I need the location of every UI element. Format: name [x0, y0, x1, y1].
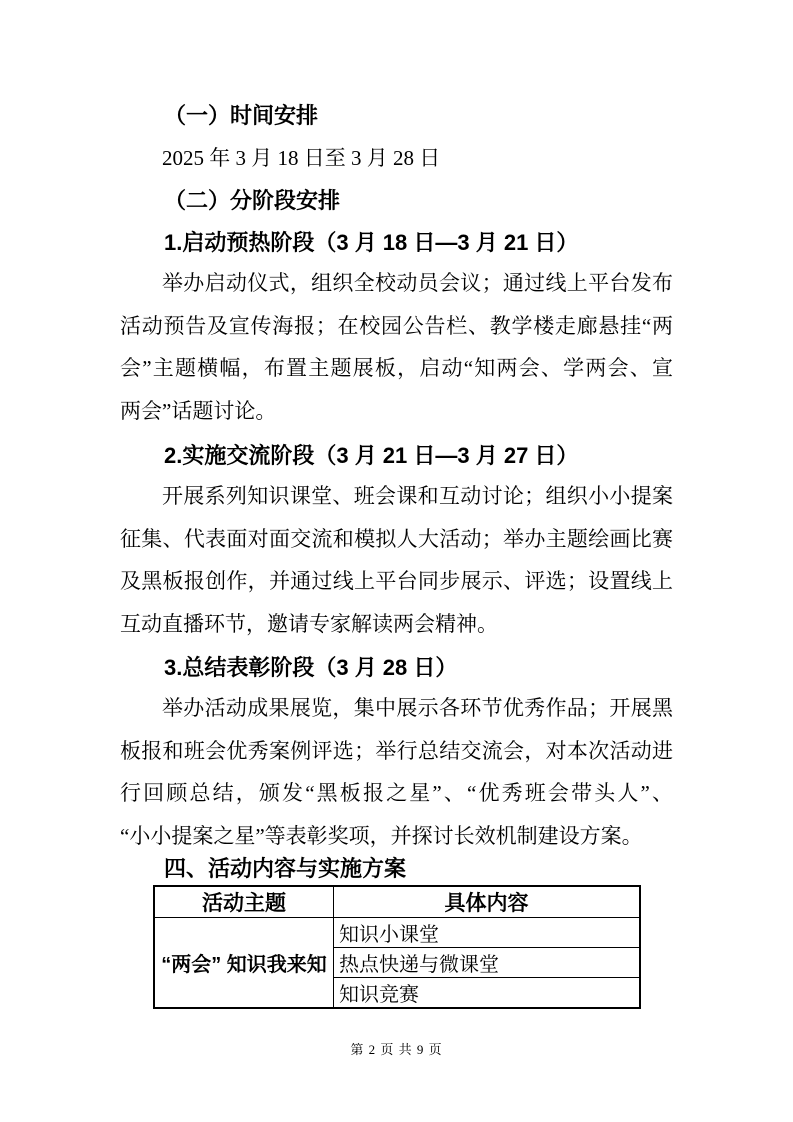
- page-number: 第 2 页 共 9 页: [0, 1039, 793, 1058]
- table-cell-theme: “两会” 知识我来知: [154, 918, 334, 1009]
- heading-activity-content: 四、活动内容与实施方案: [120, 855, 673, 883]
- date-range-text: 2025 年 3 月 18 日至 3 月 28 日: [120, 145, 673, 171]
- table-header-row: 活动主题 具体内容: [154, 886, 640, 918]
- heading-phase2: 2.实施交流阶段（3 月 21 日—3 月 27 日）: [120, 442, 673, 470]
- activity-table: 活动主题 具体内容 “两会” 知识我来知 知识小课堂 热点快递与微课堂 知识竞赛: [153, 885, 641, 1009]
- heading-phase1: 1.启动预热阶段（3 月 18 日—3 月 21 日）: [120, 229, 673, 257]
- paragraph-line: 板报和班会优秀案例评选；举行总结交流会，对本次活动进: [120, 730, 673, 773]
- table-header-theme: 活动主题: [154, 886, 334, 918]
- paragraph-phase3: 举办活动成果展览，集中展示各环节优秀作品；开展黑 板报和班会优秀案例评选；举行总…: [120, 687, 673, 857]
- paragraph-line: “小小提案之星”等表彰奖项，并探讨长效机制建设方案。: [120, 815, 673, 858]
- table-row: “两会” 知识我来知 知识小课堂: [154, 918, 640, 948]
- paragraph-line: 征集、代表面对面交流和模拟人大活动；举办主题绘画比赛: [120, 518, 673, 561]
- paragraph-line: 互动直播环节，邀请专家解读两会精神。: [120, 603, 673, 646]
- paragraph-line: 及黑板报创作，并通过线上平台同步展示、评选；设置线上: [120, 560, 673, 603]
- paragraph-phase1: 举办启动仪式，组织全校动员会议；通过线上平台发布 活动预告及宣传海报；在校园公告…: [120, 262, 673, 432]
- table-cell-item: 知识小课堂: [334, 918, 641, 948]
- paragraph-line: 举办启动仪式，组织全校动员会议；通过线上平台发布: [120, 262, 673, 305]
- table-cell-item: 知识竞赛: [334, 978, 641, 1009]
- paragraph-phase2: 开展系列知识课堂、班会课和互动讨论；组织小小提案 征集、代表面对面交流和模拟人大…: [120, 475, 673, 645]
- paragraph-line: 活动预告及宣传海报；在校园公告栏、教学楼走廊悬挂“两: [120, 305, 673, 348]
- heading-phase-arrangement: （二）分阶段安排: [120, 187, 673, 215]
- heading-phase3: 3.总结表彰阶段（3 月 28 日）: [120, 654, 673, 682]
- table-cell-item: 热点快递与微课堂: [334, 948, 641, 978]
- paragraph-line: 举办活动成果展览，集中展示各环节优秀作品；开展黑: [120, 687, 673, 730]
- paragraph-line: 两会”话题讨论。: [120, 390, 673, 433]
- heading-time-arrangement: （一）时间安排: [120, 102, 673, 130]
- paragraph-line: 行回顾总结，颁发“黑板报之星”、“优秀班会带头人”、: [120, 772, 673, 815]
- paragraph-line: 开展系列知识课堂、班会课和互动讨论；组织小小提案: [120, 475, 673, 518]
- paragraph-line: 会”主题横幅，布置主题展板，启动“知两会、学两会、宣: [120, 347, 673, 390]
- table-header-content: 具体内容: [334, 886, 641, 918]
